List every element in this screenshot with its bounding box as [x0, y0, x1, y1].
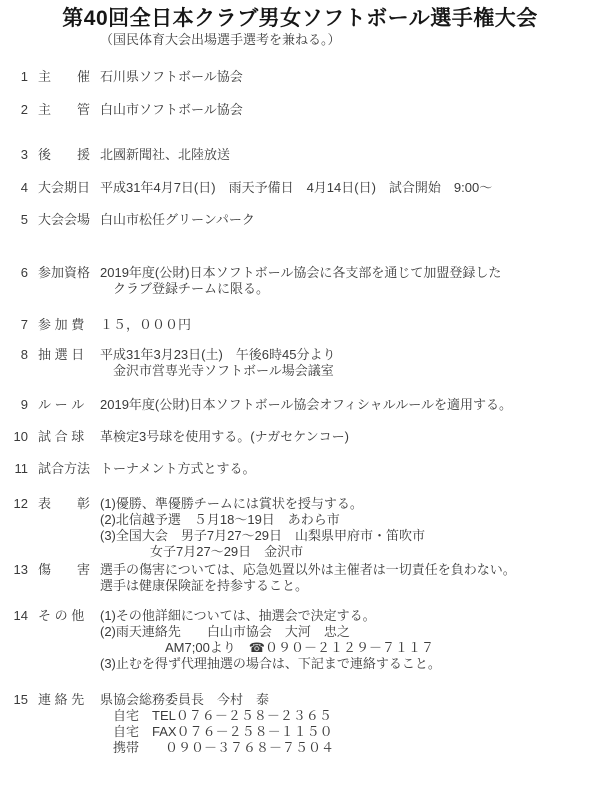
item-number: 12: [0, 496, 28, 560]
item-line: 平成31年4月7日(日) 雨天予備日 4月14日(日) 試合開始 9:00～: [100, 180, 600, 196]
item-lines: (1)その他詳細については、抽選会で決定する。(2)雨天連絡先 白山市協会 大河…: [100, 608, 600, 672]
item-number: 4: [0, 180, 28, 196]
item-line: 2019年度(公財)日本ソフトボール協会に各支部を通じて加盟登録した: [100, 265, 600, 281]
item-lines: 2019年度(公財)日本ソフトボール協会に各支部を通じて加盟登録したクラブ登録チ…: [100, 265, 600, 297]
item-row: 3 後 援 北國新聞社、北陸放送: [0, 147, 600, 163]
item-lines: 平成31年3月23日(土) 午後6時45分より金沢市営専光寺ソフトボール場会議室: [100, 347, 600, 379]
page-subtitle: （国民体育大会出場選手選考を兼ねる。）: [100, 32, 600, 48]
item-line: トーナメント方式とする。: [100, 461, 600, 477]
item-label: 後 援: [38, 147, 90, 163]
item-label: 傷 害: [38, 562, 90, 594]
item-row: 4 大会期日 平成31年4月7日(日) 雨天予備日 4月14日(日) 試合開始 …: [0, 180, 600, 196]
item-row: 1 主 催 石川県ソフトボール協会: [0, 69, 600, 85]
item-number: 10: [0, 429, 28, 445]
item-line: 女子7月27～29日 金沢市: [100, 544, 600, 560]
item-row: 2 主 管 白山市ソフトボール協会: [0, 102, 600, 118]
page-title: 第40回全日本クラブ男女ソフトボール選手権大会: [0, 6, 600, 32]
item-line: 2019年度(公財)日本ソフトボール協会オフィシャルルールを適用する。: [100, 397, 600, 413]
item-line: 自宅 TEL０７６－２５８－２３６５: [100, 708, 600, 724]
item-label: 表 彰: [38, 496, 90, 560]
item-lines: 白山市松任グリーンパーク: [100, 212, 600, 228]
item-lines: 北國新聞社、北陸放送: [100, 147, 600, 163]
item-line: 白山市松任グリーンパーク: [100, 212, 600, 228]
item-number: 7: [0, 317, 28, 333]
item-line: (3)全国大会 男子7月27～29日 山梨県甲府市・笛吹市: [100, 528, 600, 544]
item-row: 9 ル ー ル 2019年度(公財)日本ソフトボール協会オフィシャルルールを適用…: [0, 397, 600, 413]
document-page: 第40回全日本クラブ男女ソフトボール選手権大会 （国民体育大会出場選手選考を兼ね…: [0, 0, 600, 805]
item-row: 6 参加資格 2019年度(公財)日本ソフトボール協会に各支部を通じて加盟登録し…: [0, 265, 600, 297]
item-row: 5 大会会場 白山市松任グリーンパーク: [0, 212, 600, 228]
item-line: 平成31年3月23日(土) 午後6時45分より: [100, 347, 600, 363]
item-line: 携帯 ０９０－３７６８－７５０４: [100, 740, 600, 756]
item-line: 選手の傷害については、応急処置以外は主催者は一切責任を負わない。: [100, 562, 600, 578]
item-lines: １５，０００円: [100, 317, 600, 333]
item-label: ル ー ル: [38, 397, 90, 413]
item-line: 自宅 FAX０７６－２５８－１１５０: [100, 724, 600, 740]
item-number: 11: [0, 461, 28, 477]
item-label: 参加資格: [38, 265, 90, 297]
item-label: 試 合 球: [38, 429, 90, 445]
item-line: (1)優勝、準優勝チームには賞状を授与する。: [100, 496, 600, 512]
item-label: 主 催: [38, 69, 90, 85]
item-line: (2)北信越予選 ５月18～19日 あわら市: [100, 512, 600, 528]
item-line: 白山市ソフトボール協会: [100, 102, 600, 118]
item-lines: 選手の傷害については、応急処置以外は主催者は一切責任を負わない。選手は健康保険証…: [100, 562, 600, 594]
item-lines: 県協会総務委員長 今村 泰自宅 TEL０７６－２５８－２３６５自宅 FAX０７６…: [100, 692, 600, 756]
item-line: クラブ登録チームに限る。: [100, 281, 600, 297]
item-row: 15 連 絡 先 県協会総務委員長 今村 泰自宅 TEL０７６－２５８－２３６５…: [0, 692, 600, 756]
item-label: 抽 選 日: [38, 347, 90, 379]
item-row: 12 表 彰 (1)優勝、準優勝チームには賞状を授与する。(2)北信越予選 ５月…: [0, 496, 600, 560]
item-line: (2)雨天連絡先 白山市協会 大河 忠之: [100, 624, 600, 640]
item-line: (3)止むを得ず代理抽選の場合は、下記まで連絡すること。: [100, 656, 600, 672]
item-line: 革検定3号球を使用する。(ナガセケンコー): [100, 429, 600, 445]
item-lines: (1)優勝、準優勝チームには賞状を授与する。(2)北信越予選 ５月18～19日 …: [100, 496, 600, 560]
item-row: 14 そ の 他 (1)その他詳細については、抽選会で決定する。(2)雨天連絡先…: [0, 608, 600, 672]
item-number: 5: [0, 212, 28, 228]
item-line: AM7;00より ☎０９０－２１２９－７１１７: [100, 640, 600, 656]
item-row: 13 傷 害 選手の傷害については、応急処置以外は主催者は一切責任を負わない。選…: [0, 562, 600, 594]
item-line: 選手は健康保険証を持参すること。: [100, 578, 600, 594]
item-row: 7 参 加 費 １５，０００円: [0, 317, 600, 333]
item-number: 8: [0, 347, 28, 379]
item-label: 大会会場: [38, 212, 90, 228]
item-lines: 2019年度(公財)日本ソフトボール協会オフィシャルルールを適用する。: [100, 397, 600, 413]
item-number: 1: [0, 69, 28, 85]
item-label: 参 加 費: [38, 317, 90, 333]
item-label: 大会期日: [38, 180, 90, 196]
item-line: 県協会総務委員長 今村 泰: [100, 692, 600, 708]
item-line: 北國新聞社、北陸放送: [100, 147, 600, 163]
item-row: 10 試 合 球 革検定3号球を使用する。(ナガセケンコー): [0, 429, 600, 445]
item-line: (1)その他詳細については、抽選会で決定する。: [100, 608, 600, 624]
item-lines: トーナメント方式とする。: [100, 461, 600, 477]
item-lines: 石川県ソフトボール協会: [100, 69, 600, 85]
item-number: 3: [0, 147, 28, 163]
item-line: １５，０００円: [100, 317, 600, 333]
item-number: 2: [0, 102, 28, 118]
item-line: 金沢市営専光寺ソフトボール場会議室: [100, 363, 600, 379]
item-row: 11 試合方法 トーナメント方式とする。: [0, 461, 600, 477]
item-label: 連 絡 先: [38, 692, 90, 756]
item-label: そ の 他: [38, 608, 90, 672]
item-line: 石川県ソフトボール協会: [100, 69, 600, 85]
item-row: 8 抽 選 日 平成31年3月23日(土) 午後6時45分より金沢市営専光寺ソフ…: [0, 347, 600, 379]
item-number: 15: [0, 692, 28, 756]
item-number: 6: [0, 265, 28, 297]
item-number: 14: [0, 608, 28, 672]
item-lines: 白山市ソフトボール協会: [100, 102, 600, 118]
items-list: 1 主 催 石川県ソフトボール協会 2 主 管 白山市ソフトボール協会 3 後 …: [0, 69, 600, 756]
item-lines: 革検定3号球を使用する。(ナガセケンコー): [100, 429, 600, 445]
item-label: 試合方法: [38, 461, 90, 477]
item-lines: 平成31年4月7日(日) 雨天予備日 4月14日(日) 試合開始 9:00～: [100, 180, 600, 196]
item-number: 9: [0, 397, 28, 413]
item-label: 主 管: [38, 102, 90, 118]
item-number: 13: [0, 562, 28, 594]
